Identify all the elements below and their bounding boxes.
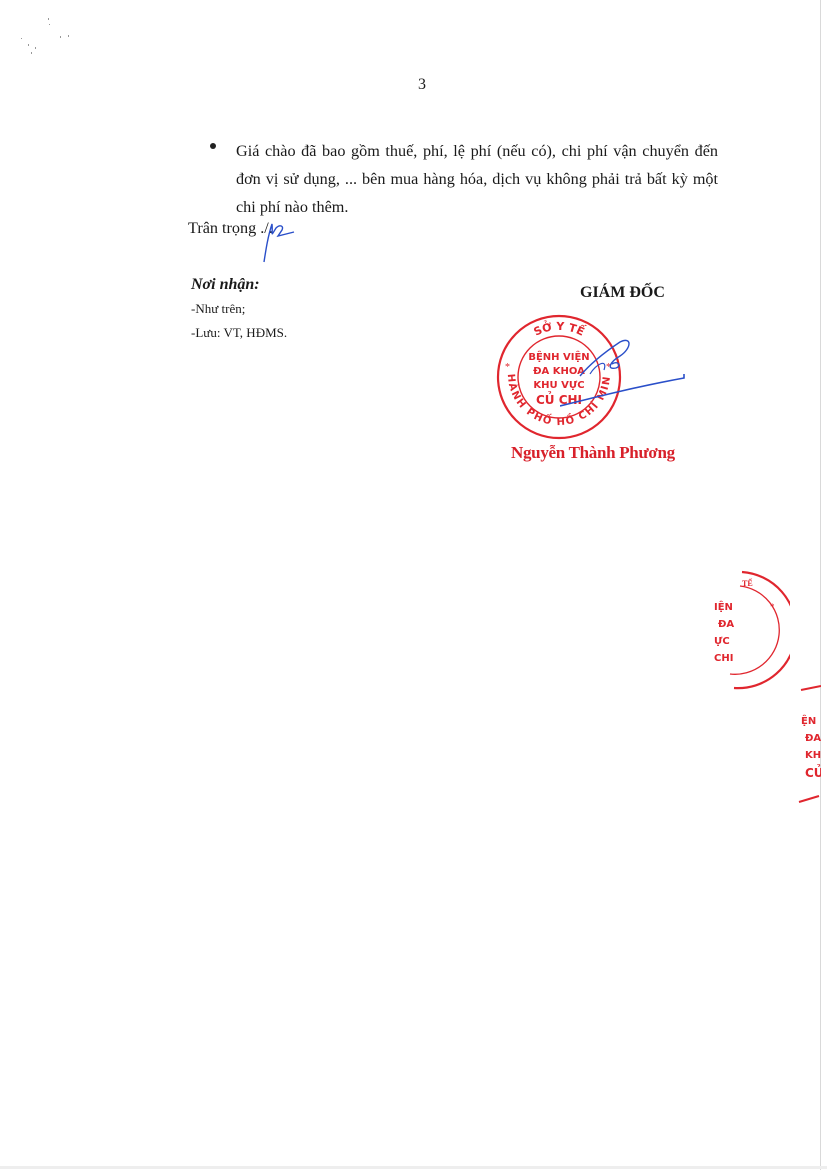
scan-page-edge [820, 0, 821, 1170]
signer-title: GIÁM ĐỐC [580, 284, 665, 302]
svg-text:TẾ: TẾ [742, 578, 753, 588]
bullet-text: Giá chào đã bao gồm thuế, phí, lệ phí (n… [236, 137, 718, 221]
svg-text:KH: KH [805, 750, 821, 761]
svg-text:ĐA: ĐA [718, 619, 734, 630]
svg-text:CỦ: CỦ [805, 764, 821, 780]
svg-text:*: * [770, 602, 775, 612]
edge-stamp-fragment-icon: ỆN ĐA KH CỦ [795, 684, 821, 819]
recipients-title: Nơi nhận: [191, 276, 260, 294]
scan-artifact-specks [18, 16, 88, 61]
recipient-item: -Như trên; [191, 301, 245, 317]
edge-stamp-fragment-icon: IỆN ĐA ỰC CHI * TẾ [700, 568, 790, 698]
svg-text:*: * [505, 362, 510, 373]
page-number: 3 [418, 76, 426, 94]
svg-text:CHI: CHI [714, 653, 733, 664]
bullet-item: Giá chào đã bao gồm thuế, phí, lệ phí (n… [212, 137, 718, 221]
svg-text:ỰC: ỰC [714, 636, 730, 647]
svg-text:ỆN: ỆN [801, 714, 816, 727]
handwritten-signature-icon [560, 334, 690, 419]
svg-text:IỆN: IỆN [714, 600, 733, 613]
initials-signature-icon [254, 214, 304, 269]
signer-name: Nguyễn Thành Phương [511, 443, 675, 463]
recipient-item: -Lưu: VT, HĐMS. [191, 325, 287, 341]
scan-bottom-edge [0, 1166, 827, 1169]
svg-text:ĐA: ĐA [805, 733, 821, 744]
bullet-icon [210, 143, 216, 149]
